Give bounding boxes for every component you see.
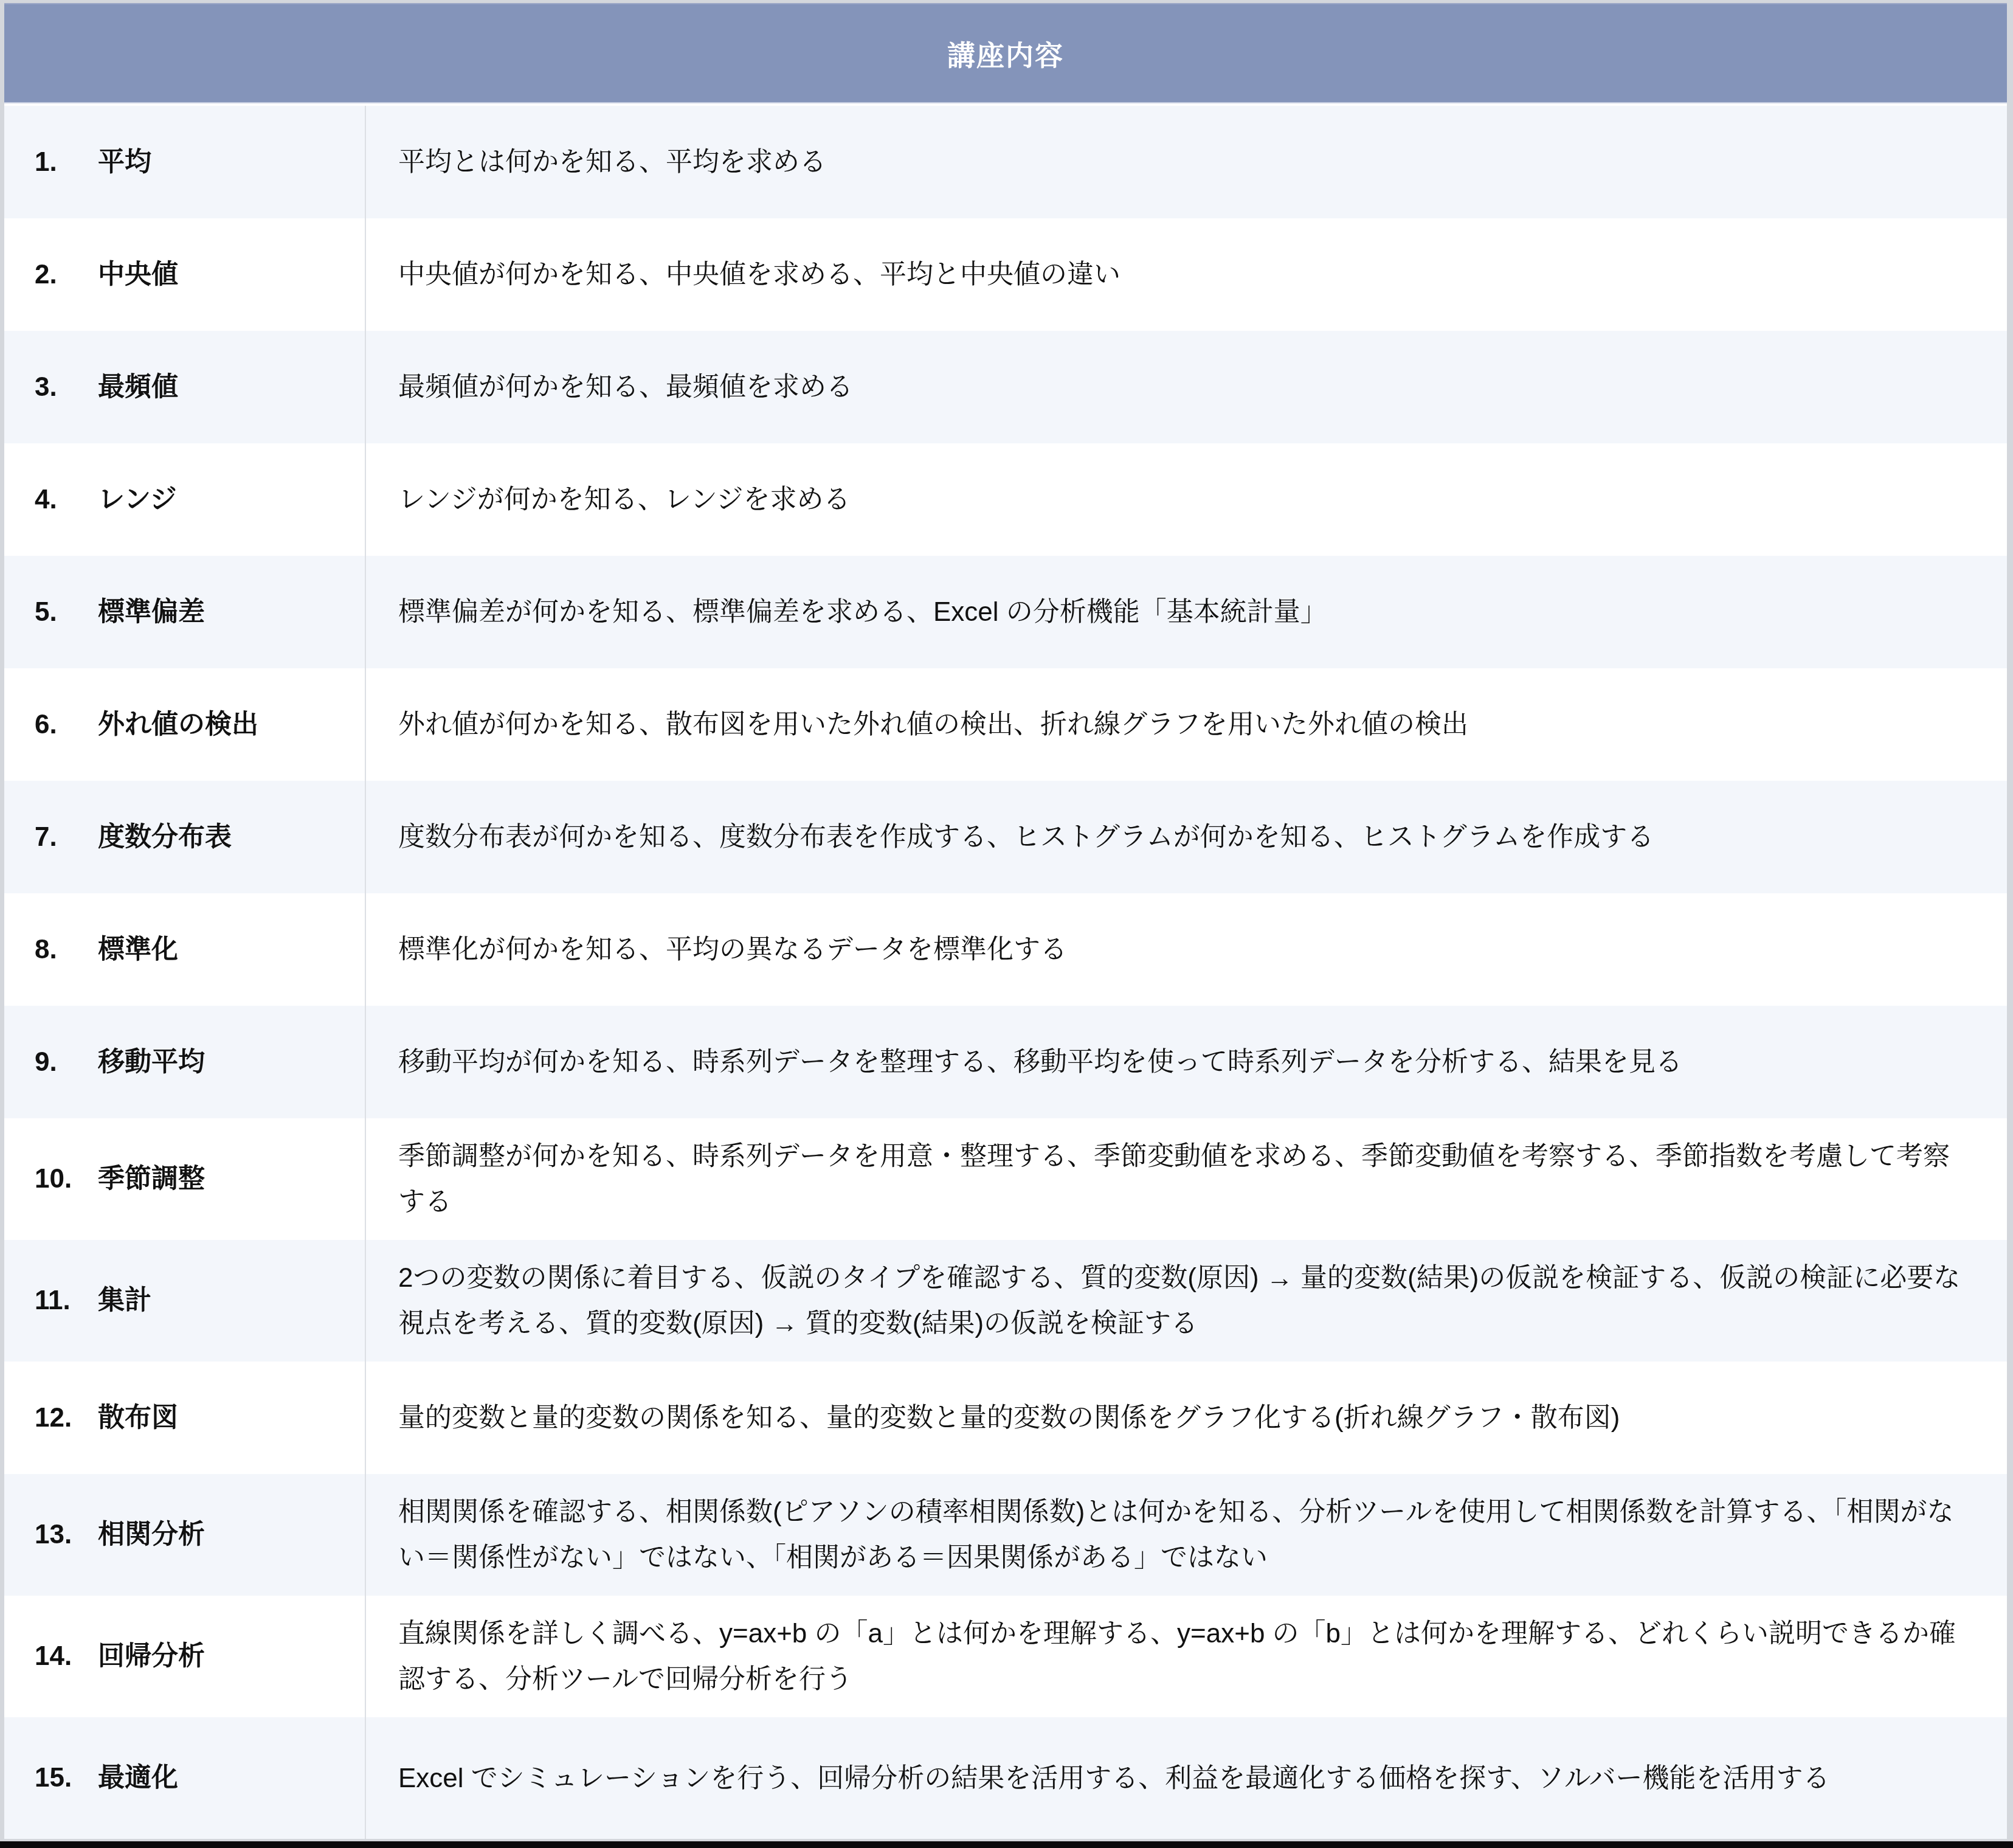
table-body: 1. 平均 平均とは何かを知る、平均を求める 2. 中央値 中央値が何かを知る、… (4, 106, 2007, 1839)
row-title: 集計 (98, 1282, 151, 1318)
table-header: 講座内容 (4, 3, 2007, 103)
row-number: 8. (35, 935, 98, 965)
row-number: 13. (35, 1520, 98, 1550)
row-description: 最頻値が何かを知る、最頻値を求める (398, 364, 853, 410)
row-title: 最頻値 (98, 369, 178, 405)
table-row: 1. 平均 平均とは何かを知る、平均を求める (4, 106, 2007, 218)
row-description: 中央値が何かを知る、中央値を求める、平均と中央値の違い (398, 252, 1120, 297)
row-description-cell: 相関関係を確認する、相関係数(ピアソンの積率相関係数)とは何かを知る、分析ツール… (366, 1474, 2007, 1596)
row-label-cell: 6. 外れ値の検出 (4, 668, 366, 781)
row-label-cell: 8. 標準化 (4, 893, 366, 1006)
row-label-cell: 1. 平均 (4, 106, 366, 218)
table-row: 7. 度数分布表 度数分布表が何かを知る、度数分布表を作成する、ヒストグラムが何… (4, 781, 2007, 893)
page-title: 講座内容 (947, 33, 1064, 74)
table-row: 12. 散布図 量的変数と量的変数の関係を知る、量的変数と量的変数の関係をグラフ… (4, 1362, 2007, 1474)
table-row: 15. 最適化 Excel でシミュレーションを行う、回帰分析の結果を活用する、… (4, 1717, 2007, 1839)
page: { "header": { "title": "講座内容" }, "table"… (0, 0, 2013, 1848)
row-description: 平均とは何かを知る、平均を求める (398, 139, 826, 185)
row-description-cell: 外れ値が何かを知る、散布図を用いた外れ値の検出、折れ線グラフを用いた外れ値の検出 (366, 668, 2007, 781)
row-label-cell: 9. 移動平均 (4, 1006, 366, 1118)
row-title: 回帰分析 (98, 1638, 205, 1674)
course-table: 講座内容 1. 平均 平均とは何かを知る、平均を求める 2. 中央値 中央値が何… (4, 3, 2007, 1839)
row-description: 標準化が何かを知る、平均の異なるデータを標準化する (398, 927, 1067, 972)
row-description: レンジが何かを知る、レンジを求める (398, 477, 851, 522)
row-label-cell: 14. 回帰分析 (4, 1596, 366, 1717)
row-description-cell: 移動平均が何かを知る、時系列データを整理する、移動平均を使って時系列データを分析… (366, 1006, 2007, 1118)
row-label-cell: 10. 季節調整 (4, 1118, 366, 1240)
row-description-cell: 季節調整が何かを知る、時系列データを用意・整理する、季節変動値を求める、季節変動… (366, 1118, 2007, 1240)
row-label-cell: 11. 集計 (4, 1240, 366, 1362)
row-title: 散布図 (98, 1400, 178, 1436)
row-title: 最適化 (98, 1760, 178, 1796)
row-label-cell: 5. 標準偏差 (4, 556, 366, 668)
row-description: 量的変数と量的変数の関係を知る、量的変数と量的変数の関係をグラフ化する(折れ線グ… (398, 1395, 1620, 1441)
row-title: 外れ値の検出 (98, 707, 258, 742)
row-description-cell: 2つの変数の関係に着目する、仮説のタイプを確認する、質的変数(原因) → 量的変… (366, 1240, 2007, 1362)
row-description: 直線関係を詳しく調べる、y=ax+b の「a」とは何かを理解する、y=ax+b … (398, 1611, 1964, 1702)
row-label-cell: 12. 散布図 (4, 1362, 366, 1474)
row-number: 2. (35, 260, 98, 290)
table-row: 4. レンジ レンジが何かを知る、レンジを求める (4, 443, 2007, 556)
row-description-cell: 平均とは何かを知る、平均を求める (366, 106, 2007, 218)
row-label-cell: 4. レンジ (4, 443, 366, 556)
row-title: 中央値 (98, 257, 178, 292)
row-description-cell: レンジが何かを知る、レンジを求める (366, 443, 2007, 556)
row-title: 相関分析 (98, 1517, 205, 1552)
row-title: 平均 (98, 144, 151, 180)
row-number: 9. (35, 1047, 98, 1078)
row-number: 3. (35, 372, 98, 403)
bottom-bar (0, 1841, 2013, 1848)
row-number: 14. (35, 1641, 98, 1672)
row-number: 7. (35, 822, 98, 853)
table-row: 2. 中央値 中央値が何かを知る、中央値を求める、平均と中央値の違い (4, 218, 2007, 331)
row-description: 外れ値が何かを知る、散布図を用いた外れ値の検出、折れ線グラフを用いた外れ値の検出 (398, 702, 1468, 747)
row-title: 度数分布表 (98, 819, 232, 855)
table-row: 5. 標準偏差 標準偏差が何かを知る、標準偏差を求める、Excel の分析機能「… (4, 556, 2007, 668)
row-description: 相関関係を確認する、相関係数(ピアソンの積率相関係数)とは何かを知る、分析ツール… (398, 1489, 1964, 1580)
table-row: 14. 回帰分析 直線関係を詳しく調べる、y=ax+b の「a」とは何かを理解す… (4, 1596, 2007, 1717)
row-description-cell: Excel でシミュレーションを行う、回帰分析の結果を活用する、利益を最適化する… (366, 1717, 2007, 1839)
row-description-cell: 標準化が何かを知る、平均の異なるデータを標準化する (366, 893, 2007, 1006)
row-description-cell: 中央値が何かを知る、中央値を求める、平均と中央値の違い (366, 218, 2007, 331)
table-row: 6. 外れ値の検出 外れ値が何かを知る、散布図を用いた外れ値の検出、折れ線グラフ… (4, 668, 2007, 781)
row-number: 1. (35, 147, 98, 178)
row-number: 12. (35, 1403, 98, 1433)
row-label-cell: 13. 相関分析 (4, 1474, 366, 1596)
row-description-cell: 直線関係を詳しく調べる、y=ax+b の「a」とは何かを理解する、y=ax+b … (366, 1596, 2007, 1717)
row-title: 季節調整 (98, 1161, 205, 1197)
row-title: 移動平均 (98, 1044, 205, 1080)
row-number: 10. (35, 1164, 98, 1194)
table-row: 8. 標準化 標準化が何かを知る、平均の異なるデータを標準化する (4, 893, 2007, 1006)
table-row: 10. 季節調整 季節調整が何かを知る、時系列データを用意・整理する、季節変動値… (4, 1118, 2007, 1240)
row-description: 2つの変数の関係に着目する、仮説のタイプを確認する、質的変数(原因) → 量的変… (398, 1255, 1964, 1346)
row-description-cell: 最頻値が何かを知る、最頻値を求める (366, 331, 2007, 443)
row-number: 6. (35, 710, 98, 740)
row-title: 標準偏差 (98, 594, 205, 630)
row-number: 4. (35, 485, 98, 515)
row-description: 季節調整が何かを知る、時系列データを用意・整理する、季節変動値を求める、季節変動… (398, 1133, 1964, 1225)
row-label-cell: 7. 度数分布表 (4, 781, 366, 893)
row-title: 標準化 (98, 932, 178, 967)
row-label-cell: 2. 中央値 (4, 218, 366, 331)
row-description: 度数分布表が何かを知る、度数分布表を作成する、ヒストグラムが何かを知る、ヒストグ… (398, 814, 1654, 860)
row-description-cell: 量的変数と量的変数の関係を知る、量的変数と量的変数の関係をグラフ化する(折れ線グ… (366, 1362, 2007, 1474)
table-row: 9. 移動平均 移動平均が何かを知る、時系列データを整理する、移動平均を使って時… (4, 1006, 2007, 1118)
row-title: レンジ (98, 482, 177, 517)
table-row: 11. 集計 2つの変数の関係に着目する、仮説のタイプを確認する、質的変数(原因… (4, 1240, 2007, 1362)
row-number: 15. (35, 1763, 98, 1793)
row-description: 標準偏差が何かを知る、標準偏差を求める、Excel の分析機能「基本統計量」 (398, 589, 1327, 635)
table-row: 13. 相関分析 相関関係を確認する、相関係数(ピアソンの積率相関係数)とは何か… (4, 1474, 2007, 1596)
row-label-cell: 15. 最適化 (4, 1717, 366, 1839)
row-description-cell: 度数分布表が何かを知る、度数分布表を作成する、ヒストグラムが何かを知る、ヒストグ… (366, 781, 2007, 893)
row-label-cell: 3. 最頻値 (4, 331, 366, 443)
row-number: 11. (35, 1286, 98, 1316)
row-description: 移動平均が何かを知る、時系列データを整理する、移動平均を使って時系列データを分析… (398, 1039, 1682, 1085)
row-description-cell: 標準偏差が何かを知る、標準偏差を求める、Excel の分析機能「基本統計量」 (366, 556, 2007, 668)
row-description: Excel でシミュレーションを行う、回帰分析の結果を活用する、利益を最適化する… (398, 1756, 1830, 1801)
table-row: 3. 最頻値 最頻値が何かを知る、最頻値を求める (4, 331, 2007, 443)
row-number: 5. (35, 597, 98, 628)
